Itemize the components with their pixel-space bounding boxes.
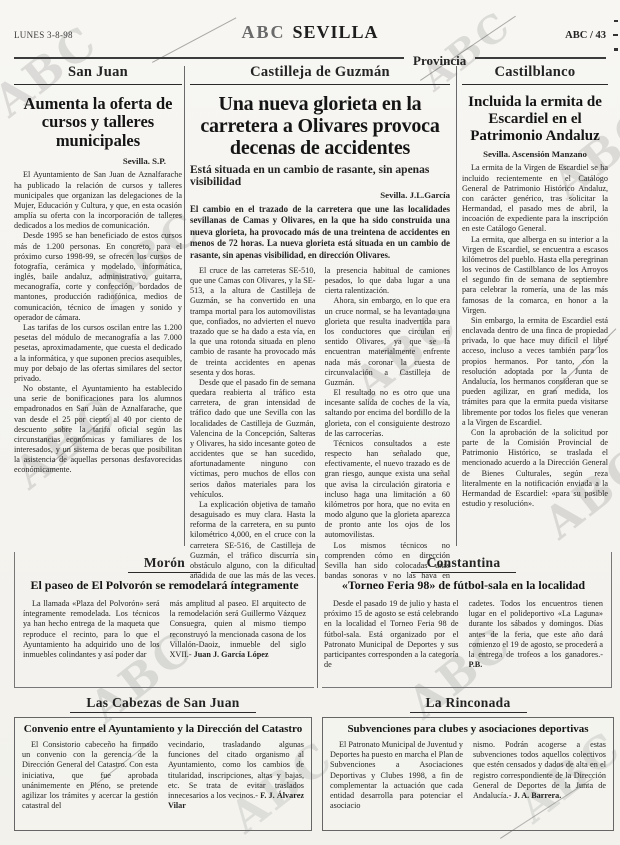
- paragraph: El Ayuntamiento de San Juan de Aznalfara…: [14, 170, 182, 231]
- body-column-1: El cruce de las carreteras SE-510, que u…: [190, 266, 316, 578]
- paragraph-text: cadetes. Todos los encuentros tienen lug…: [469, 599, 604, 659]
- section-header-label: Morón: [128, 555, 201, 573]
- masthead: ABCSEVILLA: [164, 22, 456, 43]
- body-castilleja: El cruce de las carreteras SE-510, que u…: [190, 266, 450, 578]
- paragraph: Con la aprobación de la solicitud por pa…: [462, 428, 608, 509]
- body-column-1: La llamada «Plaza del Polvorón» será ínt…: [23, 599, 160, 685]
- abc-logo: ABC: [241, 22, 285, 42]
- paragraph: Desde que el pasado fin de semana quedar…: [190, 378, 316, 500]
- byline-castilleja: Sevilla. J.L.García: [190, 190, 450, 200]
- paragraph: La ermita, que alberga en su interior a …: [462, 235, 608, 316]
- section-header-castilblanco: Castilblanco: [462, 64, 608, 85]
- paragraph: Técnicos consultados a este respecto han…: [325, 439, 451, 541]
- paragraph: No obstante, el Ayuntamiento ha establec…: [14, 384, 182, 476]
- scan-artifact: [614, 48, 618, 51]
- author-signature: J. A. Barrera.: [513, 791, 561, 800]
- paragraph: El resultado no es otro que una incesant…: [325, 388, 451, 439]
- section-header-cabezas: Las Cabezas de San Juan: [14, 694, 312, 713]
- body-column-1: Desde el pasado 19 de julio y hasta el p…: [324, 599, 459, 685]
- section-header-label: Constantina: [411, 555, 517, 573]
- headline-rinconada: Subvenciones para clubes y asociaciones …: [330, 723, 606, 735]
- body-column-2: la presencia habitual de camiones pesado…: [325, 266, 451, 578]
- masthead-city: SEVILLA: [292, 22, 378, 42]
- headline-cabezas: Convenio entre el Ayuntamiento y la Dire…: [22, 723, 304, 735]
- headline-castilleja: Una nueva glorieta en la carretera a Oli…: [190, 93, 450, 159]
- byline-castilblanco: Sevilla. Ascensión Manzano: [462, 149, 608, 159]
- article-box: Subvenciones para clubes y asociaciones …: [322, 717, 614, 831]
- body-cabezas: El Consistorio cabeceño ha firmado un co…: [22, 740, 304, 824]
- section-header-castilleja: Castilleja de Guzmán: [190, 64, 450, 85]
- paragraph: La ermita de la Virgen de Escardiel se h…: [462, 163, 608, 234]
- body-column-1: El Patronato Municipal de Juventud y Dep…: [330, 740, 463, 824]
- article-castilleja: Castilleja de Guzmán Una nueva glorieta …: [190, 64, 450, 548]
- article-moron: Morón El paseo de El Polvorón se remodel…: [14, 552, 314, 688]
- paragraph: Sin embargo, la ermita de Escardiel está…: [462, 316, 608, 428]
- scan-artifact: [614, 20, 618, 22]
- scan-artifact: [613, 34, 618, 36]
- section-header-constantina: Constantina: [324, 554, 603, 573]
- body-moron: La llamada «Plaza del Polvorón» será ínt…: [23, 599, 306, 685]
- section-header-rinconada: La Rinconada: [322, 694, 614, 713]
- paragraph: El cruce de las carreteras SE-510, que u…: [190, 266, 316, 378]
- body-column-2: vecindario, trasladando algunas funcione…: [168, 740, 304, 824]
- body-column-2: cadetes. Todos los encuentros tienen lug…: [469, 599, 604, 685]
- body-column-2: nismo. Podrán acogerse a estas subvencio…: [473, 740, 606, 824]
- header-rule-left: [14, 57, 404, 59]
- section-header-moron: Morón: [23, 554, 306, 573]
- headline-san-juan: Aumenta la oferta de cursos y talleres m…: [16, 95, 180, 150]
- headline-constantina: «Torneo Feria 98» de fútbol-sala en la l…: [324, 578, 603, 593]
- paragraph: Desde el pasado 19 de julio y hasta el p…: [324, 599, 459, 670]
- paragraph: Ahora, sin embargo, en lo que era un cru…: [325, 296, 451, 388]
- body-column-1: El Consistorio cabeceño ha firmado un co…: [22, 740, 158, 824]
- article-castilblanco: Castilblanco Incluida la ermita de Escar…: [462, 64, 608, 548]
- body-rinconada: El Patronato Municipal de Juventud y Dep…: [330, 740, 606, 824]
- headline-castilblanco: Incluida la ermita de Escardiel en el Pa…: [462, 94, 608, 144]
- paragraph: nismo. Podrán acogerse a estas subvencio…: [473, 740, 606, 801]
- column-divider: [184, 66, 185, 546]
- body-castilblanco: La ermita de la Virgen de Escardiel se h…: [462, 163, 608, 561]
- section-header-san-juan: San Juan: [14, 64, 182, 85]
- article-box: Convenio entre el Ayuntamiento y la Dire…: [14, 717, 312, 831]
- paragraph: más amplitud al paseo. El arquitecto de …: [170, 599, 307, 660]
- subheadline-castilleja: Está situada en un cambio de rasante, si…: [190, 164, 450, 188]
- body-constantina: Desde el pasado 19 de julio y hasta el p…: [324, 599, 603, 685]
- column-divider: [456, 66, 457, 546]
- section-header-label: La Rinconada: [410, 695, 527, 713]
- author-signature: Juan J. García López: [194, 650, 269, 659]
- paragraph: La llamada «Plaza del Polvorón» será ínt…: [23, 599, 160, 660]
- body-column-2: más amplitud al paseo. El arquitecto de …: [170, 599, 307, 685]
- page-number: ABC / 43: [456, 30, 606, 41]
- paragraph: Desde 1995 se han beneficiado de estos c…: [14, 231, 182, 323]
- article-rinconada: La Rinconada Subvenciones para clubes y …: [322, 694, 614, 842]
- article-constantina: Constantina «Torneo Feria 98» de fútbol-…: [322, 552, 612, 688]
- paragraph: El Patronato Municipal de Juventud y Dep…: [330, 740, 463, 811]
- body-san-juan: El Ayuntamiento de San Juan de Aznalfara…: [14, 170, 182, 562]
- author-signature: P.B.: [469, 660, 483, 669]
- date-label: LUNES 3-8-98: [14, 30, 164, 40]
- article-cabezas: Las Cabezas de San Juan Convenio entre e…: [14, 694, 312, 842]
- header-rule-right: [475, 57, 606, 59]
- paragraph: El Consistorio cabeceño ha firmado un co…: [22, 740, 158, 811]
- headline-moron: El paseo de El Polvorón se remodelará ín…: [23, 578, 306, 593]
- paragraph: la presencia habitual de camiones pesado…: [325, 266, 451, 297]
- page-header: LUNES 3-8-98 ABCSEVILLA ABC / 43 Provinc…: [14, 22, 606, 66]
- paragraph: cadetes. Todos los encuentros tienen lug…: [469, 599, 604, 670]
- paragraph: vecindario, trasladando algunas funcione…: [168, 740, 304, 811]
- lead-paragraph: El cambio en el trazado de la carretera …: [190, 204, 450, 261]
- byline-san-juan: Sevilla. S.P.: [14, 156, 182, 166]
- section-header-label: Las Cabezas de San Juan: [70, 695, 255, 713]
- article-san-juan: San Juan Aumenta la oferta de cursos y t…: [14, 64, 182, 548]
- paragraph: Las tarifas de los cursos oscilan entre …: [14, 323, 182, 384]
